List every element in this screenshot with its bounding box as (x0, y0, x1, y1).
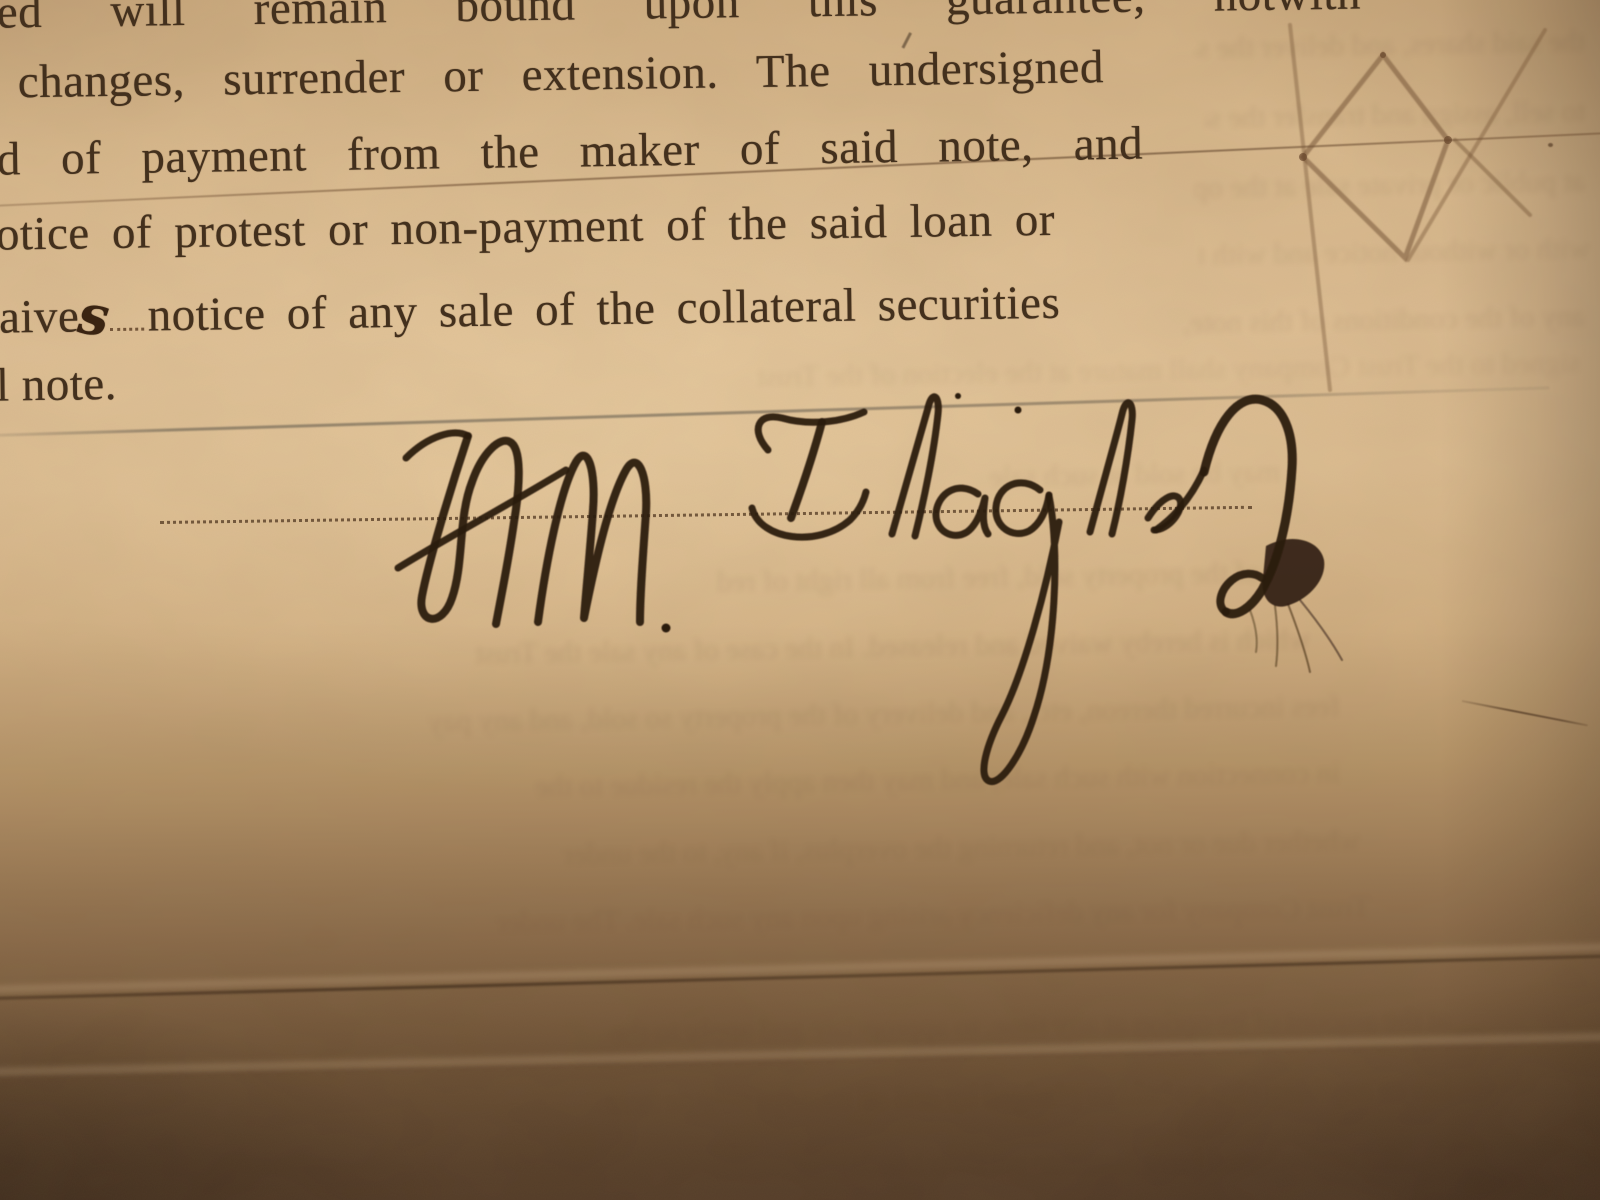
printed-line-5: aivesnotice of any sale of the collatera… (0, 272, 1061, 342)
printed-line-6: l note. (0, 361, 117, 410)
printed-word-fragment: aive (0, 290, 80, 343)
signature-handwriting (370, 350, 1370, 970)
printed-line-5-text: notice of any sale of the collateral sec… (147, 277, 1060, 342)
printed-line-4: otice of protest or non-payment of the s… (0, 197, 1055, 259)
printed-line-1: ed will remain bound upon this guarantee… (0, 0, 1361, 37)
printed-line-3: d of payment from the maker of said note… (0, 121, 1143, 184)
handwritten-s: s (76, 287, 113, 344)
printed-line-2: changes, surrender or extension. The und… (17, 44, 1104, 106)
photographed-document: the said shares, and deliver the said pr… (0, 0, 1600, 1200)
form-blank-dots (109, 285, 144, 331)
